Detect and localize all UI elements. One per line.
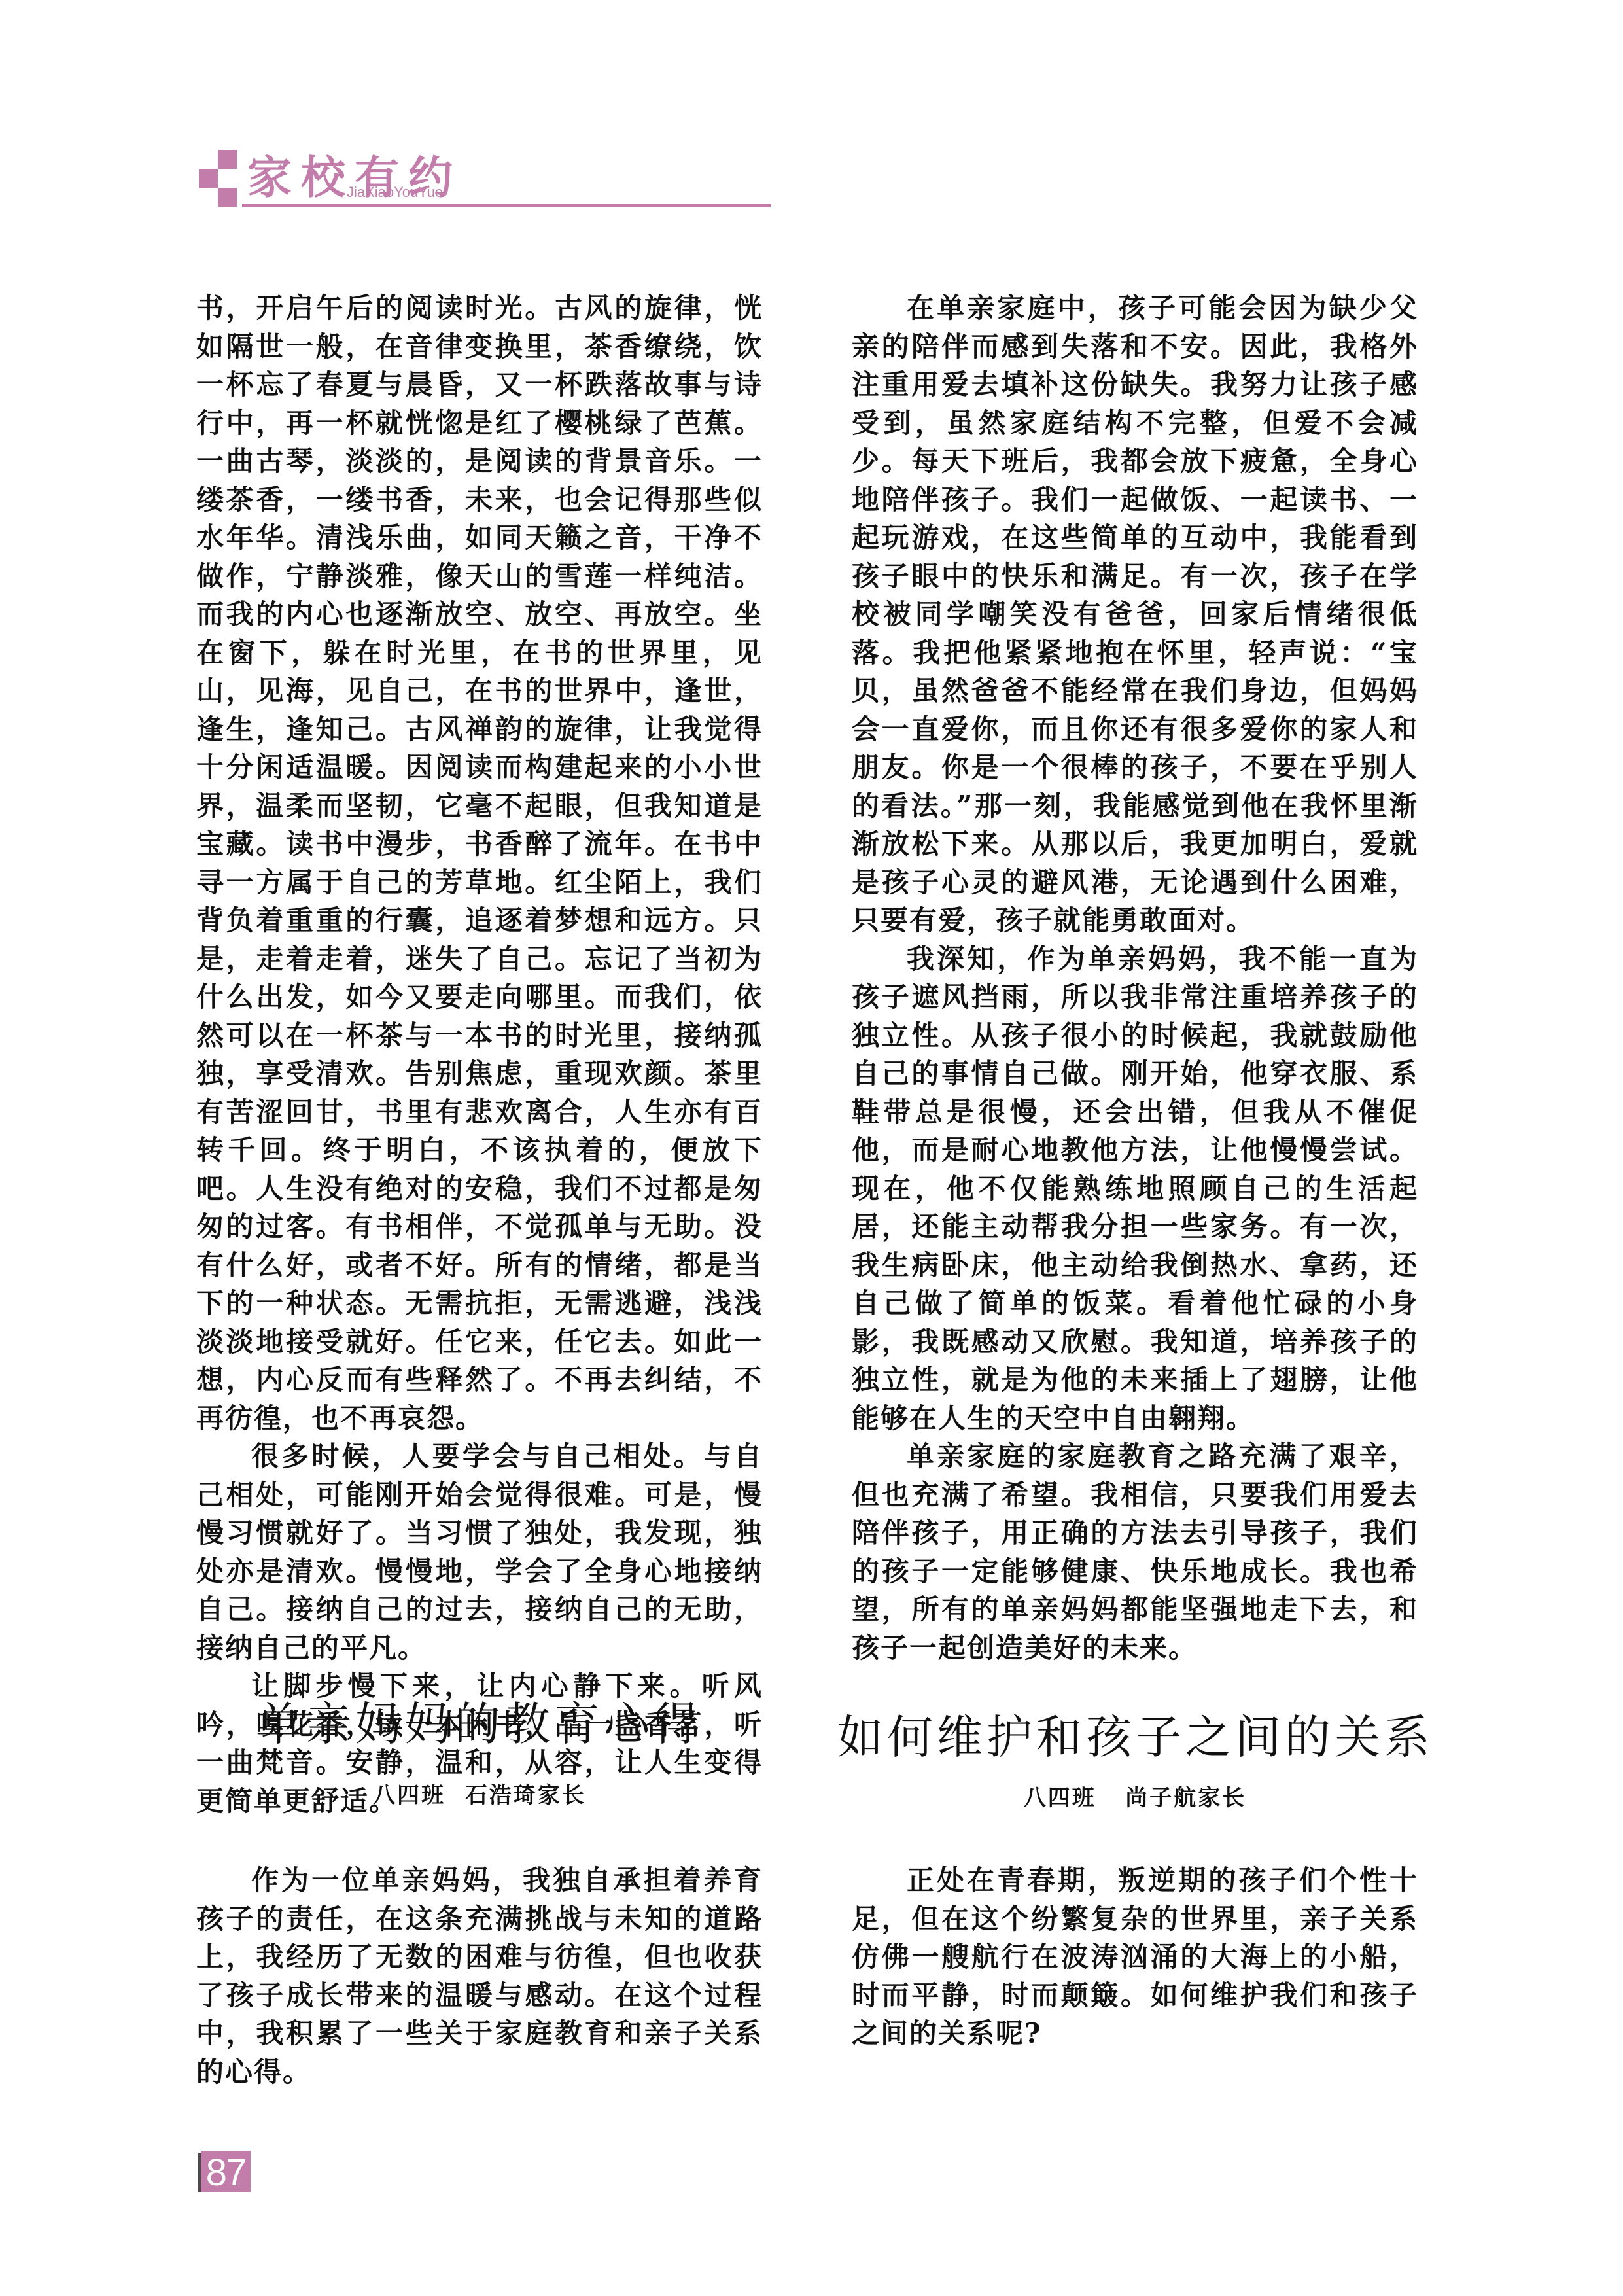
paragraph: 在单亲家庭中，孩子可能会因为缺少父亲的陪伴而感到失落和不安。因此，我格外注重用爱… bbox=[852, 289, 1418, 940]
logo-square-middle bbox=[199, 169, 218, 188]
article-title: 单亲妈妈的教育心得 bbox=[196, 1695, 763, 1754]
article-byline: 八四班 尚子航家长 bbox=[852, 1785, 1418, 1811]
paragraph: 书，开启午后的阅读时光。古风的旋律，恍如隔世一般，在音律变换里，茶香缭绕，饮一杯… bbox=[196, 289, 763, 1438]
paragraph: 单亲家庭的家庭教育之路充满了艰辛，但也充满了希望。我相信，只要我们用爱去陪伴孩子… bbox=[852, 1438, 1418, 1667]
paragraph: 作为一位单亲妈妈，我独自承担着养育孩子的责任，在这条充满挑战与未知的道路上，我经… bbox=[196, 1862, 763, 2091]
left-column-text: 书，开启午后的阅读时光。古风的旋律，恍如隔世一般，在音律变换里，茶香缭绕，饮一杯… bbox=[196, 289, 763, 1820]
logo-square-bottom bbox=[218, 188, 237, 207]
right-column-text: 在单亲家庭中，孩子可能会因为缺少父亲的陪伴而感到失落和不安。因此，我格外注重用爱… bbox=[852, 289, 1418, 1667]
article-title: 如何维护和孩子之间的关系 bbox=[837, 1708, 1433, 1767]
paragraph: 很多时候，人要学会与自己相处。与自己相处，可能刚开始会觉得很难。可是，慢慢习惯就… bbox=[196, 1438, 763, 1667]
article-body: 正处在青春期，叛逆期的孩子们个性十足，但在这个纷繁复杂的世界里，亲子关系仿佛一艘… bbox=[852, 1862, 1418, 2053]
paragraph: 我深知，作为单亲妈妈，我不能一直为孩子遮风挡雨，所以我非常注重培养孩子的独立性。… bbox=[852, 940, 1418, 1438]
logo-square-top bbox=[218, 150, 237, 169]
article-body: 作为一位单亲妈妈，我独自承担着养育孩子的责任，在这条充满挑战与未知的道路上，我经… bbox=[196, 1862, 763, 2091]
paragraph: 正处在青春期，叛逆期的孩子们个性十足，但在这个纷繁复杂的世界里，亲子关系仿佛一艘… bbox=[852, 1862, 1418, 2053]
page-number: 87 bbox=[201, 2151, 251, 2192]
section-subtitle: JiaXiaoYouYue bbox=[347, 184, 443, 201]
article-byline: 八四班 石浩琦家长 bbox=[196, 1782, 763, 1809]
header-divider bbox=[242, 204, 771, 207]
